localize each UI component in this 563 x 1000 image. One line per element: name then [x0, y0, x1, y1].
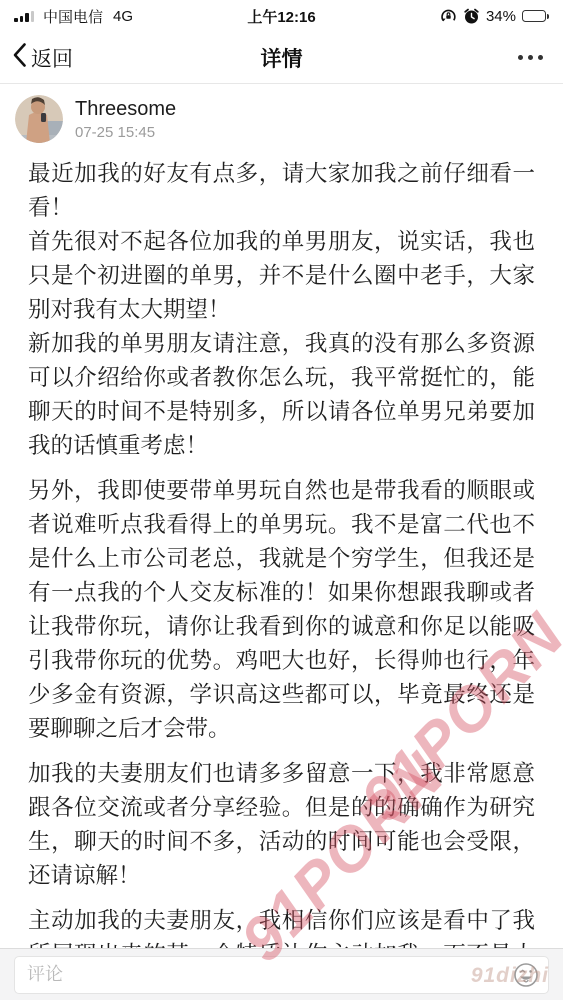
- post-timestamp: 07-25 15:45: [75, 124, 176, 141]
- emoji-icon[interactable]: [512, 961, 540, 989]
- status-bar: 中国电信 4G 上午12:16 34%: [0, 0, 563, 32]
- back-chevron-icon: [12, 42, 27, 74]
- comment-bar: [0, 948, 563, 1000]
- post-paragraph: 另外，我即使要带单男玩自然也是带我看的顺眼或者说难听点我看得上的单男玩。我不是富…: [28, 474, 535, 746]
- back-label: 返回: [31, 43, 73, 73]
- post-paragraph: 首先很对不起各位加我的单男朋友，说实话，我也只是个初进圈的单男，并不是什么圈中老…: [28, 225, 535, 327]
- avatar[interactable]: [15, 95, 63, 143]
- nav-bar: 返回 详情: [0, 32, 563, 84]
- post-paragraph: 加我的夫妻朋友们也请多多留意一下，我非常愿意跟各位交流或者分享经验。但是的的确确…: [28, 757, 535, 893]
- post-detail-scroll[interactable]: Threesome 07-25 15:45 最近加我的好友有点多，请大家加我之前…: [0, 84, 563, 948]
- author-name[interactable]: Threesome: [75, 98, 176, 121]
- post-body: 最近加我的好友有点多，请大家加我之前仔细看一看！ 首先很对不起各位加我的单男朋友…: [0, 149, 563, 948]
- author-block: Threesome 07-25 15:45: [75, 98, 176, 141]
- post-paragraph: 最近加我的好友有点多，请大家加我之前仔细看一看！: [28, 157, 535, 225]
- post-header: Threesome 07-25 15:45: [15, 95, 548, 143]
- more-button[interactable]: [518, 55, 563, 60]
- post-paragraph: 新加我的单男朋友请注意，我真的没有那么多资源可以介绍给你或者教你怎么玩，我平常挺…: [28, 327, 535, 463]
- comment-input-wrap: [14, 956, 549, 994]
- phone-screen: 中国电信 4G 上午12:16 34%: [0, 0, 563, 1000]
- clock-label: 上午12:16: [0, 6, 563, 27]
- back-button[interactable]: 返回: [0, 42, 132, 74]
- comment-input[interactable]: [15, 964, 548, 985]
- post-paragraph: 主动加我的夫妻朋友，我相信你们应该是看中了我所展现出来的某一个特质让你主动加我，…: [28, 904, 535, 948]
- more-dots-icon: [518, 55, 523, 60]
